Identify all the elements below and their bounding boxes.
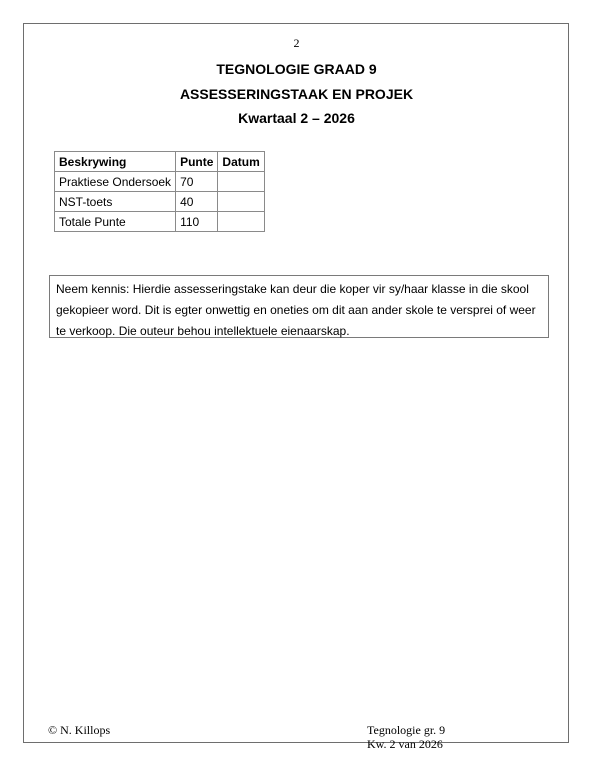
document-subtitle: ASSESSERINGSTAAK EN PROJEK [0,86,593,103]
cell-date [218,172,265,192]
cell-date [218,192,265,212]
table-row: NST-toets 40 [55,192,265,212]
column-header-description: Beskrywing [55,152,176,172]
cell-description: Totale Punte [55,212,176,232]
column-header-points: Punte [176,152,218,172]
table-row: Totale Punte 110 [55,212,265,232]
cell-date [218,212,265,232]
table-row: Praktiese Ondersoek 70 [55,172,265,192]
cell-points: 70 [176,172,218,192]
footer-document-ref: Tegnologie gr. 9 Kw. 2 van 2026 [367,723,447,751]
document-title: TEGNOLOGIE GRAAD 9 [0,61,593,78]
marks-table: Beskrywing Punte Datum Praktiese Onderso… [54,151,265,232]
table-header-row: Beskrywing Punte Datum [55,152,265,172]
copyright-notice: Neem kennis: Hierdie assesseringstake ka… [49,275,549,338]
page-number: 2 [0,36,593,50]
page-frame [23,23,569,743]
cell-points: 40 [176,192,218,212]
footer-copyright: © N. Killops [48,723,110,737]
cell-description: NST-toets [55,192,176,212]
cell-points: 110 [176,212,218,232]
column-header-date: Datum [218,152,265,172]
cell-description: Praktiese Ondersoek [55,172,176,192]
document-term: Kwartaal 2 – 2026 [0,110,593,127]
